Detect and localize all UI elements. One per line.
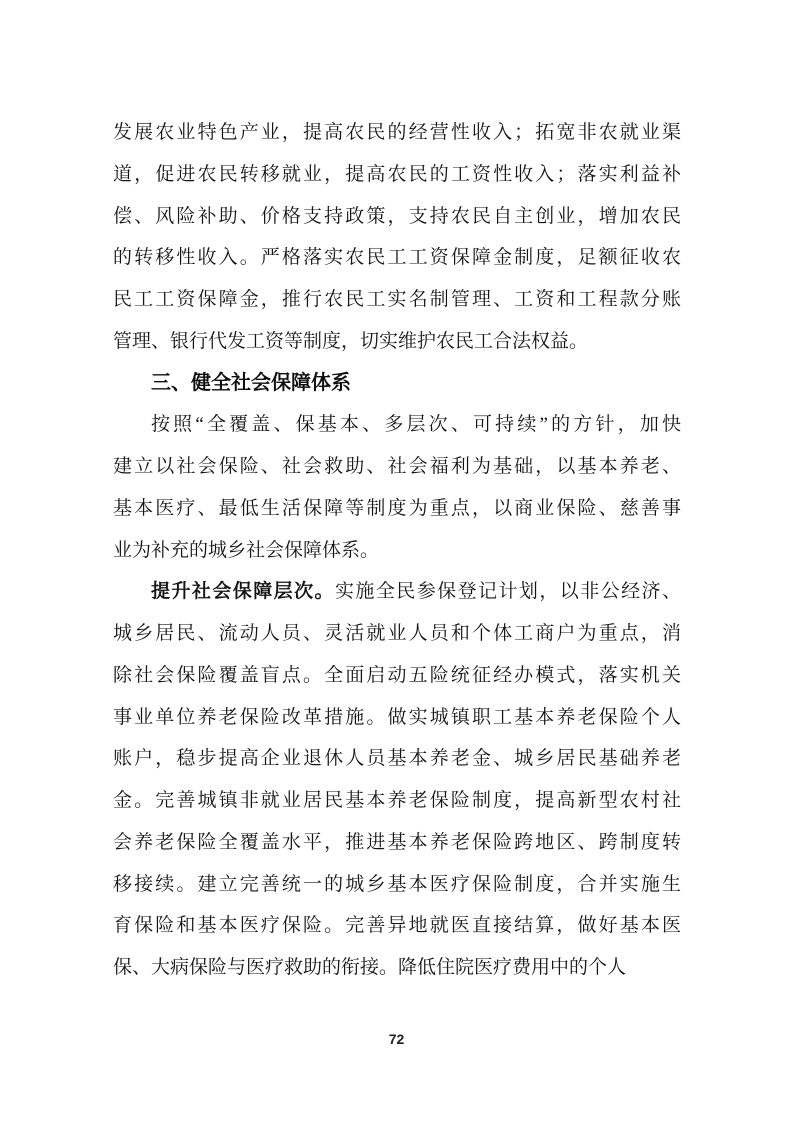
text-line: 按照“全覆盖、保基本、多层次、可持续”的方针，加快 (113, 404, 681, 446)
document-page: 发展农业特色产业，提高农民的经营性收入；拓宽非农就业渠 道，促进农民转移就业，提… (0, 0, 793, 1122)
text-line: 道，促进农民转移就业，提高农民的工资性收入；落实利益补 (113, 154, 681, 196)
text-line: 城乡居民、流动人员、灵活就业人员和个体工商户为重点，消 (113, 613, 681, 655)
text-block: 发展农业特色产业，提高农民的经营性收入；拓宽非农就业渠 道，促进农民转移就业，提… (113, 112, 681, 989)
page-number: 72 (0, 1031, 793, 1047)
paragraph-3: 提升社会保障层次。实施全民参保登记计划，以非公经济、 城乡居民、流动人员、灵活就… (113, 571, 681, 989)
text-line: 建立以社会保险、社会救助、社会福利为基础，以基本养老、 (113, 446, 681, 488)
text-line: 移接续。建立完善统一的城乡基本医疗保险制度，合并实施生 (113, 864, 681, 906)
text-line: 会养老保险全覆盖水平，推进基本养老保险跨地区、跨制度转 (113, 822, 681, 864)
text-line: 业为补充的城乡社会保障体系。 (113, 530, 681, 572)
text-line: 保、大病保险与医疗救助的衔接。降低住院医疗费用中的个人 (113, 947, 681, 989)
text-line: 事业单位养老保险改革措施。做实城镇职工基本养老保险个人 (113, 697, 681, 739)
text-line: 基本医疗、最低生活保障等制度为重点，以商业保险、慈善事 (113, 488, 681, 530)
text-line: 提升社会保障层次。实施全民参保登记计划，以非公经济、 (113, 571, 681, 613)
text-line: 发展农业特色产业，提高农民的经营性收入；拓宽非农就业渠 (113, 112, 681, 154)
text-line: 金。完善城镇非就业居民基本养老保险制度，提高新型农村社 (113, 780, 681, 822)
paragraph-lead-rest: 实施全民参保登记计划，以非公经济、 (335, 581, 681, 602)
text-line: 育保险和基本医疗保险。完善异地就医直接结算，做好基本医 (113, 905, 681, 947)
text-line: 除社会保险覆盖盲点。全面启动五险统征经办模式，落实机关 (113, 655, 681, 697)
text-line: 的转移性收入。严格落实农民工工资保障金制度，足额征收农 (113, 237, 681, 279)
paragraph-lead-bold: 提升社会保障层次。 (151, 581, 335, 602)
text-line: 管理、银行代发工资等制度，切实维护农民工合法权益。 (113, 321, 681, 363)
text-line: 账户，稳步提高企业退休人员基本养老金、城乡居民基础养老 (113, 738, 681, 780)
paragraph-1: 发展农业特色产业，提高农民的经营性收入；拓宽非农就业渠 道，促进农民转移就业，提… (113, 112, 681, 363)
paragraph-2: 按照“全覆盖、保基本、多层次、可持续”的方针，加快 建立以社会保险、社会救助、社… (113, 404, 681, 571)
section-heading: 三、健全社会保障体系 (113, 363, 681, 405)
text-line: 民工工资保障金，推行农民工实名制管理、工资和工程款分账 (113, 279, 681, 321)
text-line: 偿、风险补助、价格支持政策，支持农民自主创业，增加农民 (113, 196, 681, 238)
